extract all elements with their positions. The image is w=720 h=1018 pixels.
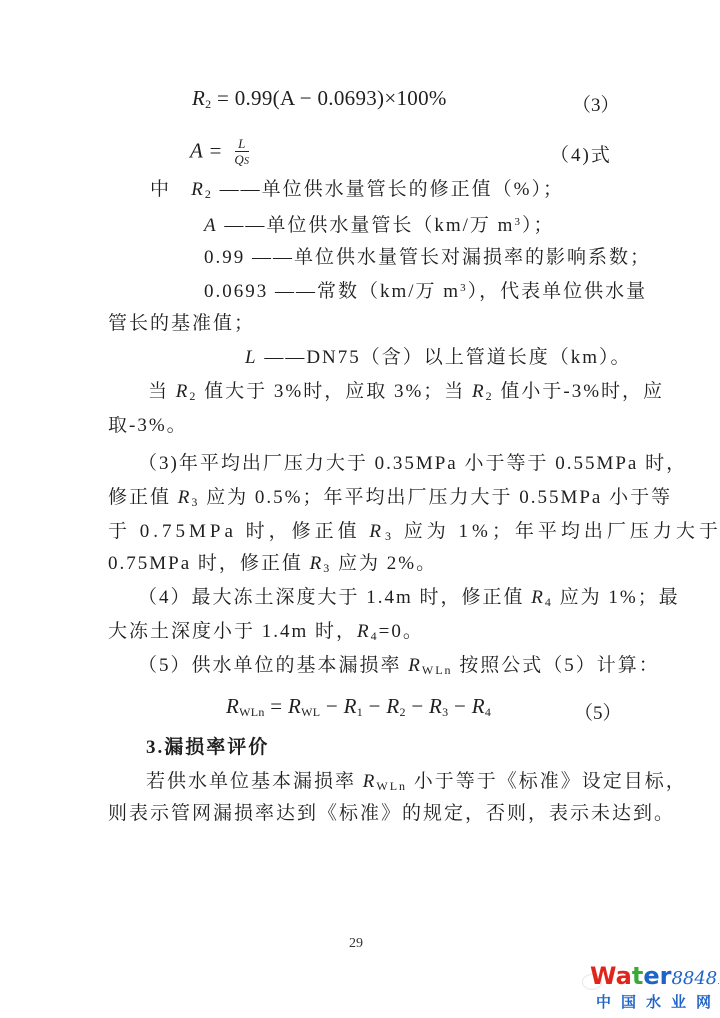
formula-5: RWLn = RWL − R1 − R2 − R3 − R4 [226, 694, 491, 718]
definition-text: ——单位供水量管长的修正值（%）； [213, 179, 564, 200]
formula-3-rhs: = 0.99(A − 0.0693)×100% [211, 86, 446, 110]
brand-number: 8848 [671, 968, 717, 989]
fraction-numerator: L [235, 136, 249, 152]
brand-letter: W [590, 962, 616, 990]
brand-letter: a [616, 962, 632, 990]
page-number: 29 [349, 936, 363, 952]
formula-3-lhs: R [192, 86, 205, 110]
equation-number-4: （4)式 [550, 140, 612, 167]
paragraph-r3-line-3: 于 0.75MPa 时，修正值 R3 应为 1%；年平均出厂压力大于 [108, 520, 720, 544]
definition-text: ——常数（km/万 m [268, 281, 460, 302]
symbol-r: R [191, 179, 205, 200]
definition-text: ——单位供水量管长（km/万 m [218, 215, 515, 236]
symbol-sub: 2 [205, 187, 213, 201]
definition-text: 管长的基准值； [108, 313, 255, 334]
conclusion-line-1: 若供水单位基本漏损率 RWLn 小于等于《标准》设定目标， [146, 770, 687, 794]
definition-text: ——DN75（含）以上管道长度（km）。 [258, 347, 632, 368]
definition-tail: ）； [522, 215, 555, 236]
brand-letter: r [660, 962, 672, 990]
watermark-logo: Water8848.com 中国水业网 [590, 964, 718, 1014]
brand-letter: e [643, 962, 659, 990]
definition-coefficient: 0.99 ——单位供水量管长对漏损率的影响系数； [204, 246, 651, 270]
paragraph-r2-line-1: 当 R2 值大于 3%时，应取 3%；当 R2 值小于-3%时，应 [148, 380, 664, 404]
definition-text: ——单位供水量管长对漏损率的影响系数； [245, 247, 651, 268]
equation-number-5: （5） [574, 698, 622, 725]
definition-r2: 中 R2 ——单位供水量管长的修正值（%）； [150, 178, 564, 202]
definition-a: A ——单位供水量管长（km/万 m3）； [204, 214, 554, 238]
definition-l: L ——DN75（含）以上管道长度（km）。 [245, 346, 632, 370]
fraction-denominator: QS [234, 152, 249, 169]
formula-4: A = LQS [190, 136, 249, 169]
definition-constant: 0.0693 ——常数（km/万 m3），代表单位供水量 [204, 280, 647, 304]
paragraph-r3-line-4: 0.75MPa 时，修正值 R3 应为 2%。 [108, 552, 437, 576]
watermark-brand: Water8848.com [590, 964, 720, 994]
equation-number-3: （3） [572, 90, 620, 117]
paragraph-5: （5）供水单位的基本漏损率 RWLn 按照公式（5）计算： [138, 654, 660, 678]
paragraph-r3-line-1: （3)年平均出厂压力大于 0.35MPa 小于等于 0.55MPa 时， [138, 452, 687, 476]
superscript: 3 [514, 216, 522, 228]
section-heading: 3.漏损率评价 [146, 736, 269, 760]
definition-tail: ），代表单位供水量 [468, 281, 648, 302]
symbol-coefficient: 0.99 [204, 247, 245, 268]
definition-constant-continued: 管长的基准值； [108, 312, 255, 336]
formula-4-lhs: A = [190, 138, 228, 162]
formula-4-fraction: LQS [234, 136, 249, 169]
paragraph-r4-line-2: 大冻土深度小于 1.4m 时，R4=0。 [108, 620, 424, 644]
definition-prefix: 中 [150, 179, 171, 200]
formula-3: R2 = 0.99(A − 0.0693)×100% [192, 86, 447, 110]
paragraph-r2-line-2: 取-3%。 [108, 414, 188, 438]
brand-letter: t [632, 962, 643, 990]
watermark-brand-cn: 中国水业网 [596, 991, 720, 1012]
symbol-constant: 0.0693 [204, 281, 268, 302]
superscript: 3 [460, 282, 468, 294]
paragraph-r4-line-1: （4）最大冻土深度大于 1.4m 时，修正值 R4 应为 1%；最 [138, 586, 680, 610]
symbol-a: A [204, 215, 218, 236]
symbol-l: L [245, 347, 258, 368]
paragraph-r3-line-2: 修正值 R3 应为 0.5%；年平均出厂压力大于 0.55MPa 小于等 [108, 486, 672, 510]
conclusion-line-2: 则表示管网漏损率达到《标准》的规定，否则，表示未达到。 [108, 802, 675, 826]
